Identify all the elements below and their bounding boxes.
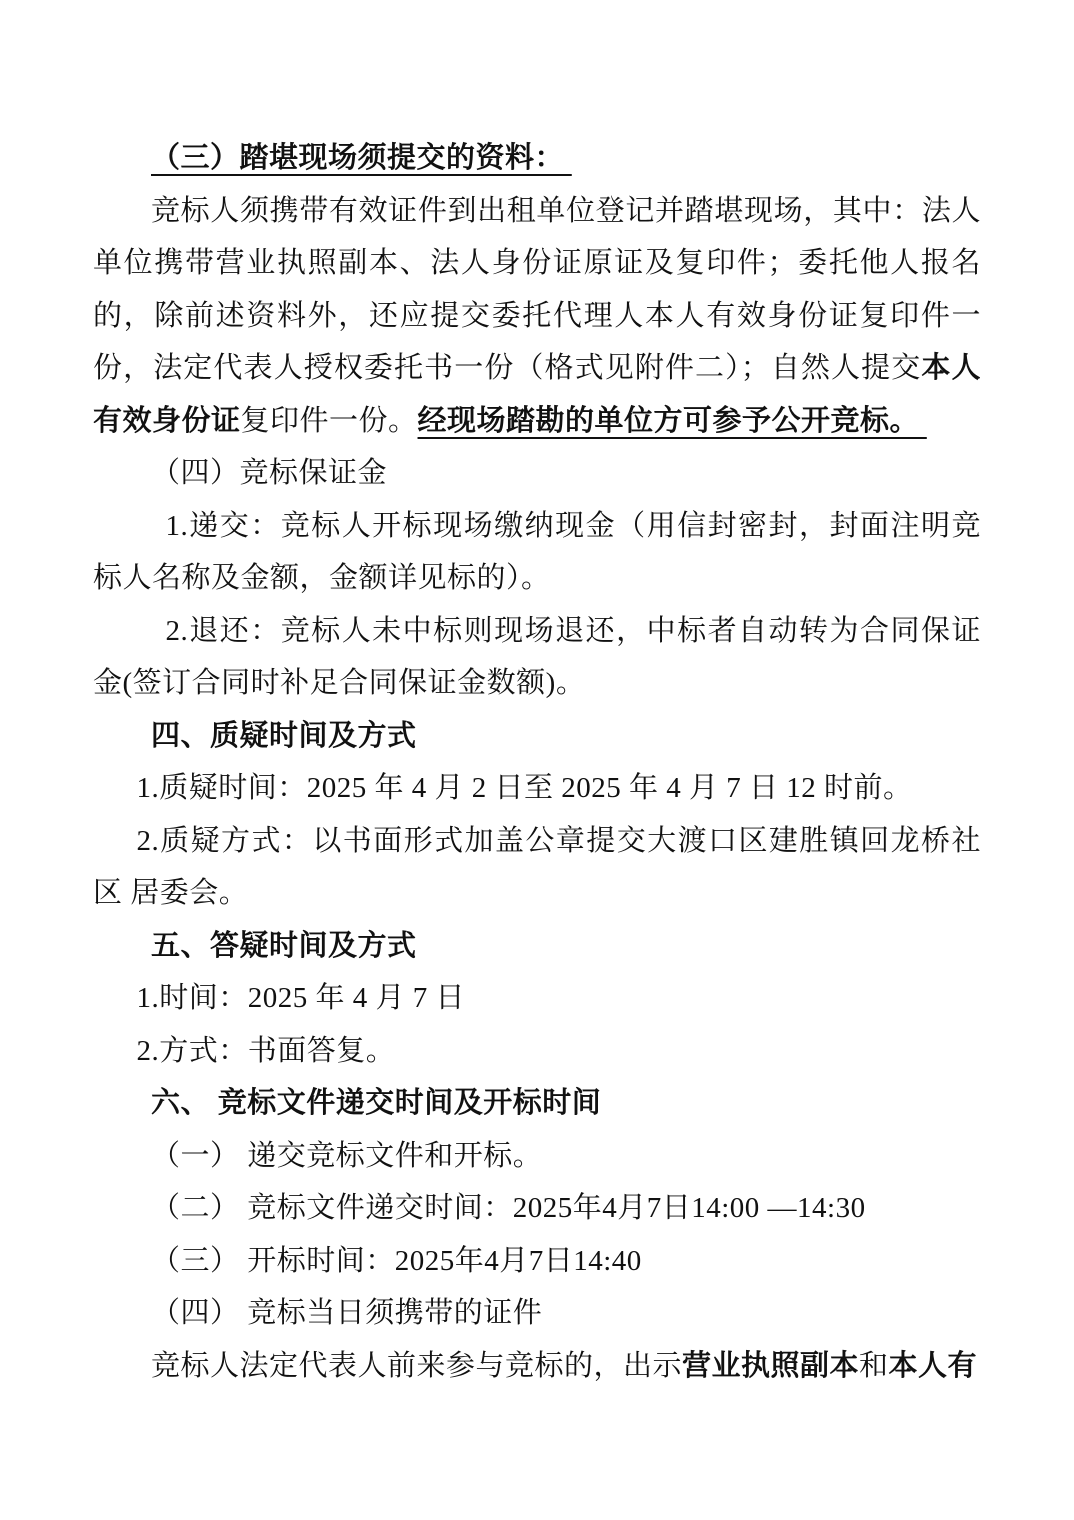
emphasized-text: 四、质疑时间及方式: [151, 720, 417, 752]
section-3-heading: （三）踏堪现场须提交的资料：: [93, 132, 981, 185]
para-legal-representative: 竞标人法定代表人前来参与竞标的，出示营业执照副本和本人有: [93, 1340, 981, 1393]
text-run: 1.递交：竞标人开标现场缴纳现金（用信封密封，封面注明竞标人名称及金额，金额详见…: [93, 510, 981, 595]
item-deposit-submission: 1.递交：竞标人开标现场缴纳现金（用信封密封，封面注明竞标人名称及金额，金额详见…: [93, 500, 981, 605]
emphasized-text: 经现场踏勘的单位方可参予公开竞标。: [418, 405, 927, 437]
item-deposit-refund: 2.退还：竞标人未中标则现场退还，中标者自动转为合同保证金(签订合同时补足合同保…: [93, 605, 981, 710]
text-run: （四） 竞标当日须携带的证件: [151, 1297, 542, 1329]
text-run: （一） 递交竞标文件和开标。: [151, 1140, 542, 1172]
item-objection-method: 2.质疑方式：以书面形式加盖公章提交大渡口区建胜镇回龙桥社区 居委会。: [93, 815, 981, 920]
section-6-heading-submission: 六、 竞标文件递交时间及开标时间: [93, 1077, 981, 1130]
item-6-3-opening-time: （三） 开标时间：2025年4月7日14:40: [93, 1235, 981, 1288]
section-4-subheading-deposit: （四）竞标保证金: [93, 447, 981, 500]
text-run: （二） 竞标文件递交时间：2025年4月7日14:00 —14:30: [151, 1192, 866, 1224]
item-reply-method: 2.方式：书面答复。: [93, 1025, 981, 1078]
text-run: 2.质疑方式：以书面形式加盖公章提交大渡口区建胜镇回龙桥社区 居委会。: [93, 825, 981, 910]
section-4-heading-objection: 四、质疑时间及方式: [93, 710, 981, 763]
text-run: 和: [859, 1350, 889, 1382]
text-run: （四）竞标保证金: [151, 457, 387, 489]
emphasized-text: （三）踏堪现场须提交的资料：: [151, 142, 572, 174]
text-run: 竞标人法定代表人前来参与竞标的，出示: [151, 1350, 682, 1382]
text-run: 2.退还：竞标人未中标则现场退还，中标者自动转为合同保证金(签订合同时补足合同保…: [93, 615, 981, 700]
item-objection-time: 1.质疑时间：2025 年 4 月 2 日至 2025 年 4 月 7 日 12…: [93, 762, 981, 815]
text-run: 1.质疑时间：2025 年 4 月 2 日至 2025 年 4 月 7 日 12…: [137, 772, 913, 804]
emphasized-text: 本人有: [889, 1350, 978, 1382]
section-5-heading-reply: 五、答疑时间及方式: [93, 920, 981, 973]
text-run: 复印件一份。: [241, 405, 418, 437]
emphasized-text: 营业执照副本: [682, 1350, 859, 1382]
emphasized-text: 六、 竞标文件递交时间及开标时间: [151, 1087, 601, 1119]
text-run: （三） 开标时间：2025年4月7日14:40: [151, 1245, 642, 1277]
text-run: 竞标人须携带有效证件到出租单位登记并踏堪现场，其中：法人单位携带营业执照副本、法…: [93, 195, 981, 385]
item-6-4-required-documents: （四） 竞标当日须携带的证件: [93, 1287, 981, 1340]
item-6-2-submission-time: （二） 竞标文件递交时间：2025年4月7日14:00 —14:30: [93, 1182, 981, 1235]
emphasized-text: 五、答疑时间及方式: [151, 930, 417, 962]
document-page: （三）踏堪现场须提交的资料： 竞标人须携带有效证件到出租单位登记并踏堪现场，其中…: [0, 0, 1074, 1520]
item-6-1-submit-and-open: （一） 递交竞标文件和开标。: [93, 1130, 981, 1183]
text-run: 1.时间：2025 年 4 月 7 日: [137, 982, 466, 1014]
para-site-visit-requirements: 竞标人须携带有效证件到出租单位登记并踏堪现场，其中：法人单位携带营业执照副本、法…: [93, 185, 981, 448]
item-reply-time: 1.时间：2025 年 4 月 7 日: [93, 972, 981, 1025]
text-run: 2.方式：书面答复。: [137, 1035, 396, 1067]
